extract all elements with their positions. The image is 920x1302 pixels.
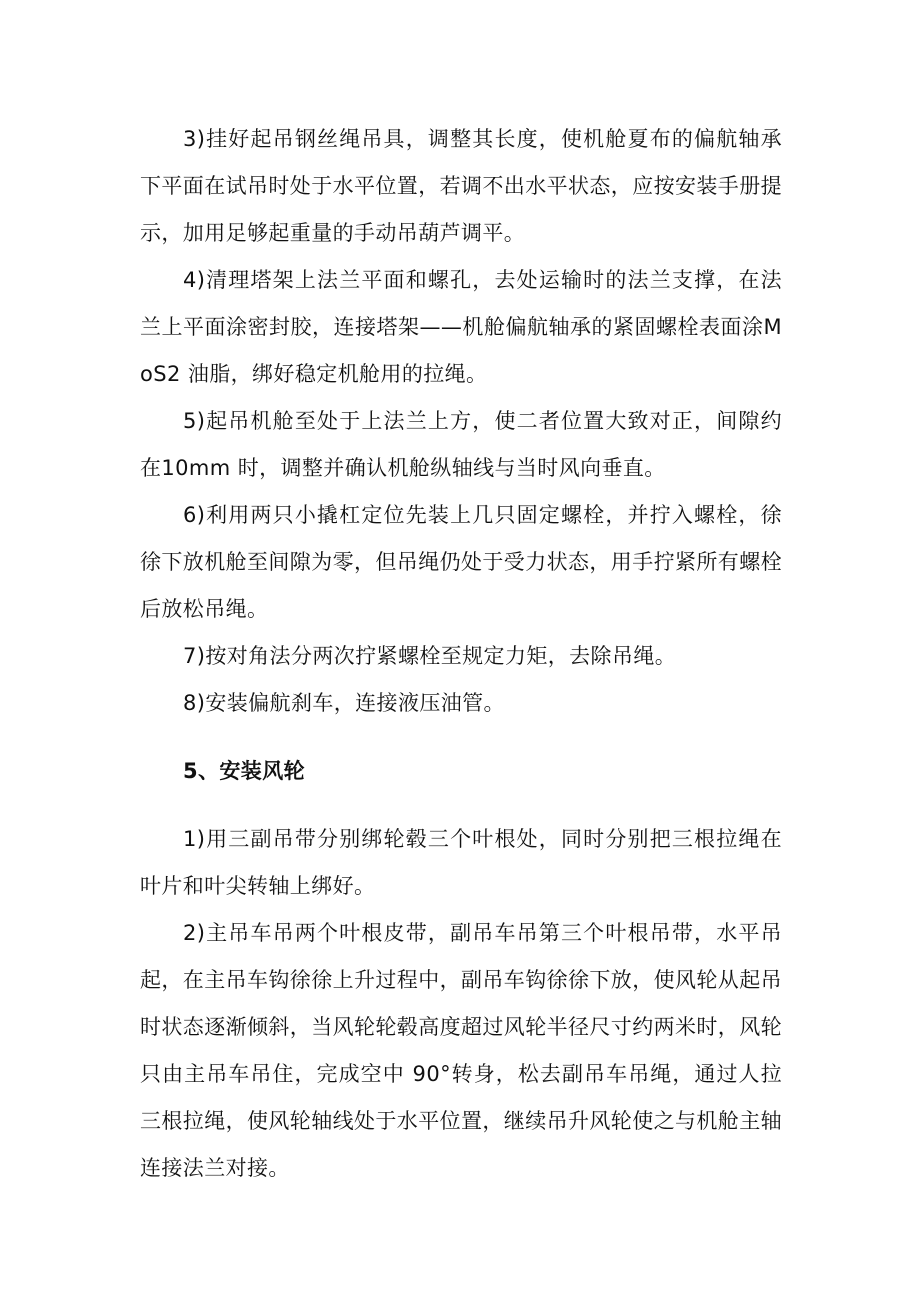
paragraph-step-4-clean-flange: 4)清理塔架上法兰平面和螺孔，去处运输时的法兰支撑，在法兰上平面涂密封胶，连接塔…	[140, 257, 782, 398]
paragraph-rotor-step-2-lift-rotor: 2)主吊车吊两个叶根皮带，副吊车吊第三个叶根吊带，水平吊起，在主吊车钩徐徐上升过…	[140, 910, 782, 1192]
document-page: 3)挂好起吊钢丝绳吊具，调整其长度，使机舱夏布的偏航轴承下平面在试吊时处于水平位…	[140, 116, 782, 1192]
paragraph-rotor-step-1-slings: 1)用三副吊带分别绑轮毂三个叶根处，同时分别把三根拉绳在叶片和叶尖转轴上绑好。	[140, 816, 782, 910]
paragraph-step-6-bolt-positioning: 6)利用两只小撬杠定位先装上几只固定螺栓，并拧入螺栓，徐徐下放机舱至间隙为零，但…	[140, 492, 782, 633]
paragraph-step-5-lift-nacelle: 5)起吊机舱至处于上法兰上方，使二者位置大致对正，间隙约在10mm 时，调整并确…	[140, 398, 782, 492]
section-heading-install-rotor: 5、安装风轮	[140, 748, 782, 795]
paragraph-step-3-hoist-rigging: 3)挂好起吊钢丝绳吊具，调整其长度，使机舱夏布的偏航轴承下平面在试吊时处于水平位…	[140, 116, 782, 257]
paragraph-step-7-torque-bolts: 7)按对角法分两次拧紧螺栓至规定力矩，去除吊绳。	[140, 633, 782, 680]
paragraph-step-8-yaw-brake: 8)安装偏航刹车，连接液压油管。	[140, 680, 782, 727]
